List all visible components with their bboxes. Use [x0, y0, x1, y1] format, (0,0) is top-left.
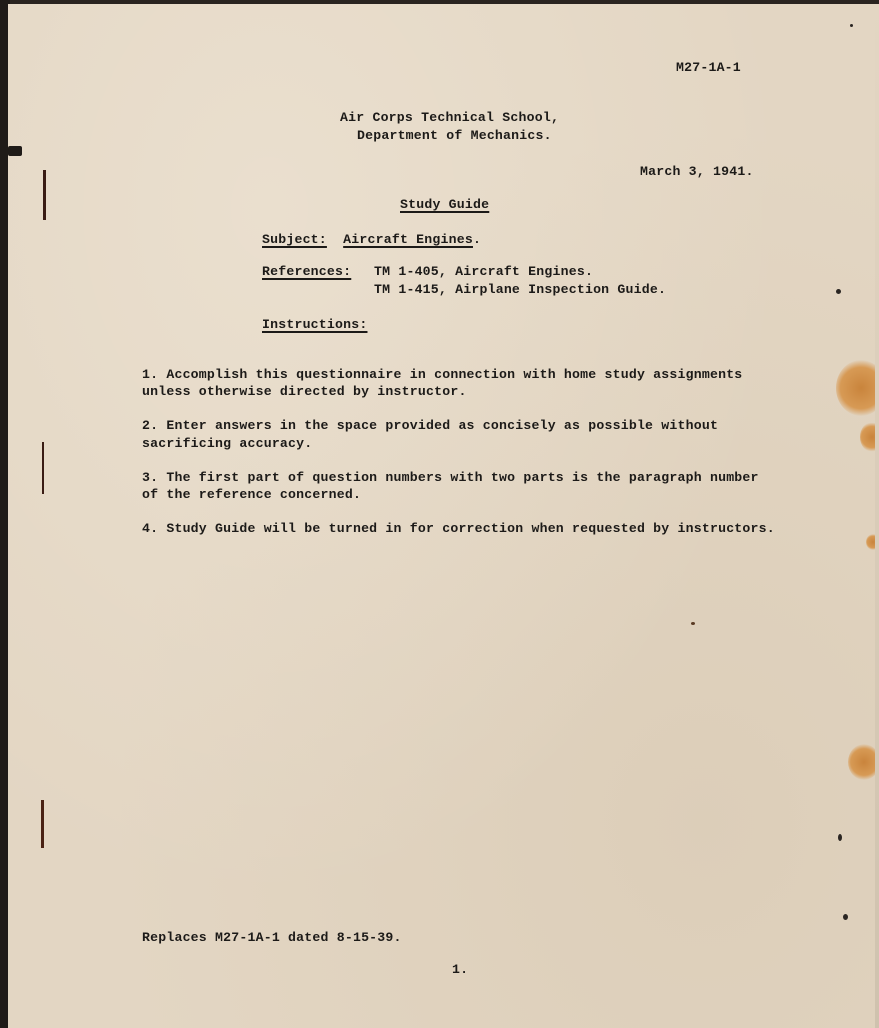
department-name: Department of Mechanics.: [357, 128, 552, 143]
document-page: M27-1A-1 Air Corps Technical School, Dep…: [8, 4, 879, 1028]
subject-line: Subject: Aircraft Engines.: [262, 232, 481, 247]
ink-speck: [838, 834, 842, 841]
instruction-3-line-2: of the reference concerned.: [142, 487, 361, 502]
instruction-1-line-1: 1. Accomplish this questionnaire in conn…: [142, 367, 742, 382]
replaces-note: Replaces M27-1A-1 dated 8-15-39.: [142, 930, 402, 945]
references-label: References:: [262, 264, 351, 279]
reference-item-2: TM 1-415, Airplane Inspection Guide.: [374, 282, 666, 297]
ink-speck: [836, 289, 841, 294]
instruction-4-line-1: 4. Study Guide will be turned in for cor…: [142, 521, 775, 536]
instructions-label: Instructions:: [262, 317, 367, 332]
document-date: March 3, 1941.: [640, 164, 754, 179]
ink-speck: [843, 914, 848, 920]
reference-item-1: TM 1-405, Aircraft Engines.: [374, 264, 593, 279]
instruction-3-line-1: 3. The first part of question numbers wi…: [142, 470, 759, 485]
page-number: 1.: [452, 962, 468, 977]
scan-right-edge: [875, 4, 879, 1028]
binder-mark-2: [42, 442, 44, 494]
binder-mark-3: [41, 800, 44, 848]
edge-tear: [8, 146, 22, 156]
subject-value: Aircraft Engines: [343, 232, 473, 247]
school-name: Air Corps Technical School,: [340, 110, 559, 125]
rust-stain-1: [836, 360, 879, 416]
ink-speck: [850, 24, 853, 27]
ink-speck: [691, 622, 695, 625]
instruction-2-line-1: 2. Enter answers in the space provided a…: [142, 418, 718, 433]
form-number: M27-1A-1: [676, 60, 741, 75]
instruction-2-line-2: sacrificing accuracy.: [142, 436, 312, 451]
subject-label: Subject:: [262, 232, 327, 247]
page-title: Study Guide: [400, 197, 489, 212]
binder-mark-1: [43, 170, 46, 220]
instruction-1-line-2: unless otherwise directed by instructor.: [142, 384, 467, 399]
subject-period: .: [473, 232, 481, 247]
